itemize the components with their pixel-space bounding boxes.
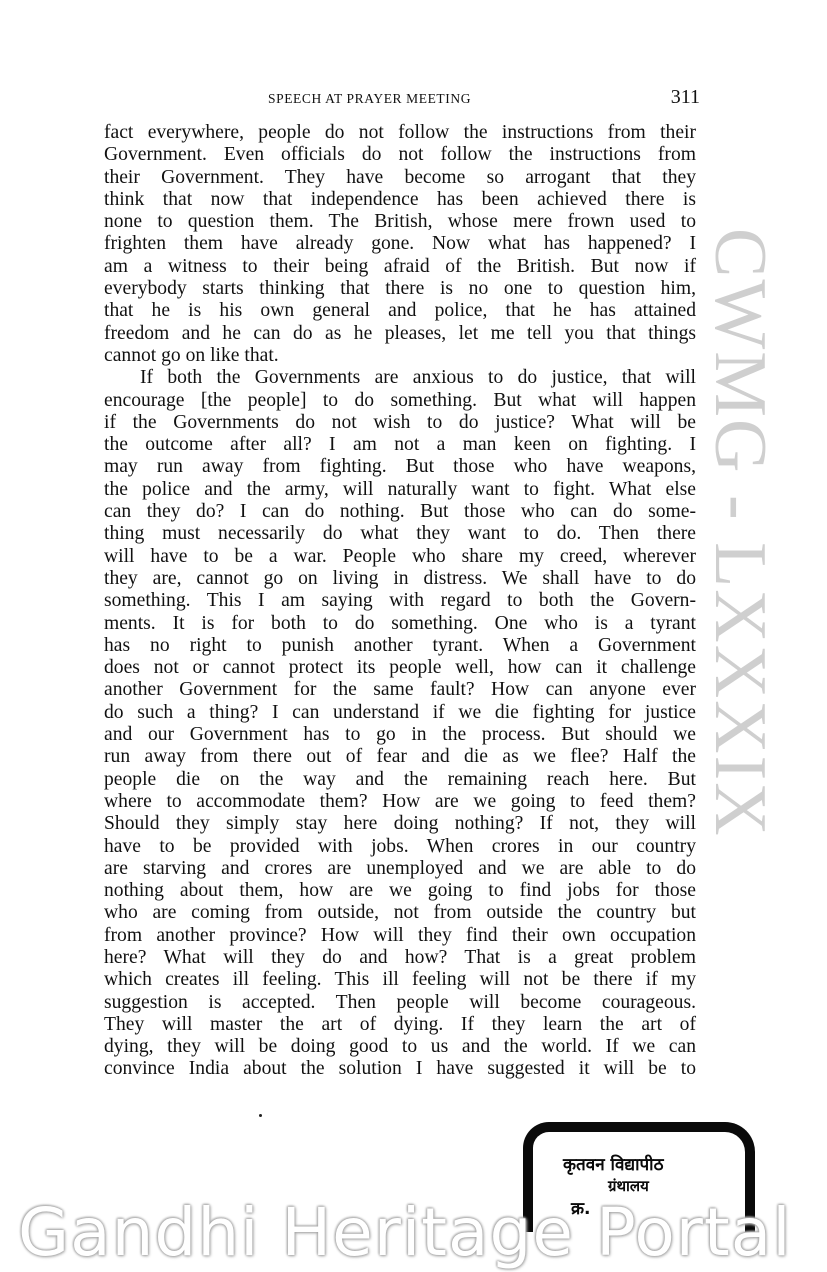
body-text: fact everywhere, people do not follow th… [104,122,696,1081]
text-line: from another province? How will they fin… [104,925,696,947]
text-line: convince India about the solution I have… [104,1058,696,1080]
text-line: who are coming from outside, not from ou… [104,902,696,924]
text-line: the outcome after all? I am not a man ke… [104,434,696,456]
text-line: here? What will they do and how? That is… [104,947,696,969]
text-line: has no right to punish another tyrant. W… [104,635,696,657]
stamp-line-1: कृतवन विद्यापीठ [563,1152,663,1175]
document-page: SPEECH AT PRAYER MEETING 311 CWMG - LXXX… [0,0,827,1272]
text-line: if the Governments do not wish to do jus… [104,412,696,434]
stray-dot [259,1114,262,1117]
text-line: another Government for the same fault? H… [104,679,696,701]
text-line: none to question them. The British, whos… [104,211,696,233]
text-line: think that now that independence has bee… [104,189,696,211]
text-line: have to be provided with jobs. When cror… [104,836,696,858]
text-line: are starving and crores are unemployed a… [104,858,696,880]
text-line: frighten them have already gone. Now wha… [104,233,696,255]
text-line: fact everywhere, people do not follow th… [104,122,696,144]
text-line: If both the Governments are anxious to d… [104,367,696,389]
running-head: SPEECH AT PRAYER MEETING 311 [104,88,698,112]
text-line: dying, they will be doing good to us and… [104,1036,696,1058]
running-title: SPEECH AT PRAYER MEETING [268,91,471,107]
text-line: where to accommodate them? How are we go… [104,791,696,813]
side-watermark-text: CWMG - LXXXIX [710,228,770,838]
text-line: that he is his own general and police, t… [104,300,696,322]
text-line: they are, cannot go on living in distres… [104,568,696,590]
text-line: and our Government has to go in the proc… [104,724,696,746]
bottom-watermark: Gandhi Heritage Portal [18,1194,792,1271]
page-number: 311 [671,86,700,109]
side-watermark: CWMG - LXXXIX [712,228,772,1028]
text-line: nothing about them, how are we going to … [104,880,696,902]
text-line: am a witness to their being afraid of th… [104,256,696,278]
text-line: cannot go on like that. [104,345,696,367]
text-line: may run away from fighting. But those wh… [104,456,696,478]
text-line: suggestion is accepted. Then people will… [104,992,696,1014]
text-line: something. This I am saying with regard … [104,590,696,612]
text-line: people die on the way and the remaining … [104,769,696,791]
text-line: can they do? I can do nothing. But those… [104,501,696,523]
text-line: do such a thing? I can understand if we … [104,702,696,724]
text-line: does not or cannot protect its people we… [104,657,696,679]
text-line: They will master the art of dying. If th… [104,1014,696,1036]
text-line: encourage [the people] to do something. … [104,390,696,412]
text-line: Government. Even officials do not follow… [104,144,696,166]
text-line: which creates ill feeling. This ill feel… [104,969,696,991]
text-line: everybody starts thinking that there is … [104,278,696,300]
text-line: run away from there out of fear and die … [104,746,696,768]
text-line: freedom and he can do as he pleases, let… [104,323,696,345]
stamp-line-2: ग्रंथालय [608,1176,649,1196]
text-line: ments. It is for both to do something. O… [104,613,696,635]
text-line: Should they simply stay here doing nothi… [104,813,696,835]
text-line: their Government. They have become so ar… [104,167,696,189]
text-line: the police and the army, will naturally … [104,479,696,501]
text-line: will have to be a war. People who share … [104,546,696,568]
text-line: thing must necessarily do what they want… [104,523,696,545]
